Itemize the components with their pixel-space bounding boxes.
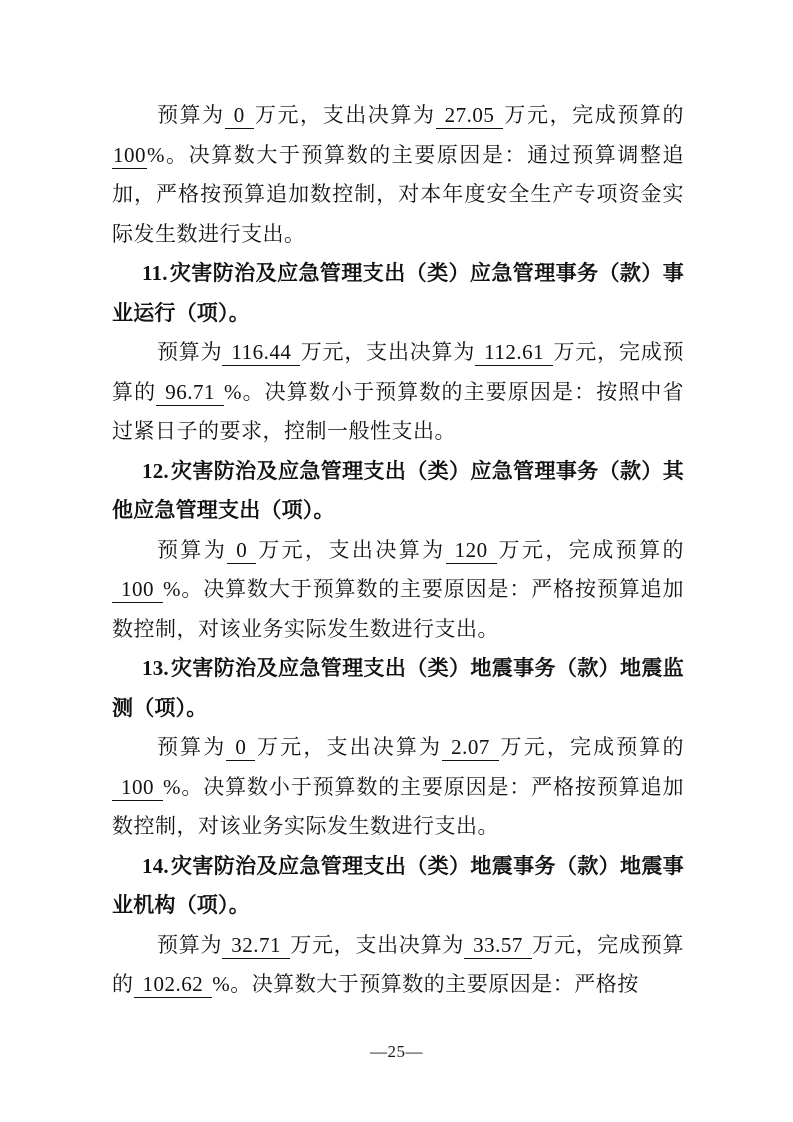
text-run: 预算为 — [157, 538, 227, 562]
body-paragraph: 预算为32.71万元，支出决算为33.57万元，完成预算的102.62%。决算数… — [112, 926, 684, 1005]
text-run: 预算为 — [157, 933, 222, 957]
document-content: 预算为0万元，支出决算为27.05万元，完成预算的100%。决算数大于预算数的主… — [112, 96, 684, 1005]
text-run: %。决算数大于预算数的主要原因是：通过预算调整追加，严格按预算追加数控制，对本年… — [112, 143, 684, 246]
underlined-value: 120 — [446, 538, 497, 564]
text-run: 万元，支出决算为 — [254, 103, 436, 127]
text-run: 万元，完成预算的 — [503, 103, 684, 127]
body-paragraph: 预算为0万元，支出决算为2.07万元，完成预算的100%。决算数小于预算数的主要… — [112, 728, 684, 847]
body-paragraph: 预算为0万元，支出决算为27.05万元，完成预算的100%。决算数大于预算数的主… — [112, 96, 684, 254]
underlined-value: 0 — [226, 735, 255, 761]
section-title: 灾害防治及应急管理支出（类）地震事务（款）地震事业机构（项）。 — [112, 854, 684, 918]
underlined-value: 27.05 — [436, 103, 504, 129]
text-run: %。决算数小于预算数的主要原因是：严格按预算追加数控制，对该业务实际发生数进行支… — [112, 775, 684, 839]
underlined-value: 33.57 — [464, 933, 532, 959]
underlined-value: 100 — [112, 143, 147, 169]
section-heading: 13.灾害防治及应急管理支出（类）地震事务（款）地震监测（项）。 — [112, 649, 684, 728]
text-run: 万元，完成预算的 — [497, 538, 684, 562]
underlined-value: 32.71 — [222, 933, 290, 959]
section-heading: 11.灾害防治及应急管理支出（类）应急管理事务（款）事业运行（项）。 — [112, 254, 684, 333]
underlined-value: 100 — [112, 577, 163, 603]
underlined-value: 0 — [225, 103, 254, 129]
underlined-value: 100 — [112, 775, 163, 801]
text-run: 预算为 — [157, 103, 225, 127]
section-heading: 12.灾害防治及应急管理支出（类）应急管理事务（款）其他应急管理支出（项）。 — [112, 452, 684, 531]
underlined-value: 96.71 — [156, 380, 224, 406]
section-title: 灾害防治及应急管理支出（类）应急管理事务（款）其他应急管理支出（项）。 — [112, 459, 684, 523]
underlined-value: 2.07 — [442, 735, 499, 761]
page-number: —25— — [370, 1042, 423, 1061]
underlined-value: 116.44 — [222, 340, 300, 366]
section-title: 灾害防治及应急管理支出（类）应急管理事务（款）事业运行（项）。 — [112, 261, 684, 325]
text-run: 万元，支出决算为 — [300, 340, 475, 364]
text-run: 万元，支出决算为 — [255, 735, 442, 759]
text-run: 预算为 — [157, 735, 226, 759]
section-number: 11. — [142, 261, 170, 285]
underlined-value: 112.61 — [475, 340, 553, 366]
text-run: %。决算数大于预算数的主要原因是：严格按 — [212, 972, 639, 996]
section-title: 灾害防治及应急管理支出（类）地震事务（款）地震监测（项）。 — [112, 656, 684, 720]
text-run: 万元，完成预算的 — [499, 735, 684, 759]
document-page: 预算为0万元，支出决算为27.05万元，完成预算的100%。决算数大于预算数的主… — [0, 0, 793, 1122]
underlined-value: 102.62 — [134, 972, 213, 998]
section-heading: 14.灾害防治及应急管理支出（类）地震事务（款）地震事业机构（项）。 — [112, 847, 684, 926]
text-run: %。决算数大于预算数的主要原因是：严格按预算追加数控制，对该业务实际发生数进行支… — [112, 577, 684, 641]
text-run: 万元，支出决算为 — [290, 933, 464, 957]
underlined-value: 0 — [227, 538, 256, 564]
section-number: 13. — [142, 656, 171, 680]
body-paragraph: 预算为0万元，支出决算为120万元，完成预算的100%。决算数大于预算数的主要原… — [112, 531, 684, 650]
section-number: 14. — [142, 854, 171, 878]
body-paragraph: 预算为116.44万元，支出决算为112.61万元，完成预算的96.71%。决算… — [112, 333, 684, 452]
text-run: 万元，支出决算为 — [256, 538, 445, 562]
page-footer: —25— — [0, 1042, 793, 1062]
text-run: 预算为 — [157, 340, 222, 364]
section-number: 12. — [142, 459, 171, 483]
